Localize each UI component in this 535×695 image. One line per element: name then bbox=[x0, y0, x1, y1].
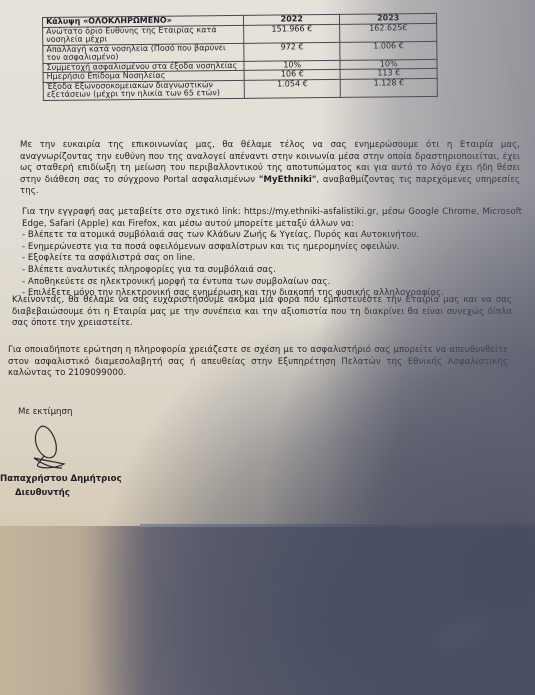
background-surface bbox=[0, 526, 535, 695]
list-item: - Βλέπετε αναλυτικές πληροφορίες για τα … bbox=[22, 265, 522, 277]
list-item: - Βλέπετε τα ατομικά συμβόλαιά σας των Κ… bbox=[22, 230, 522, 242]
paper-edge bbox=[140, 524, 535, 527]
signature-icon bbox=[28, 424, 73, 474]
table-row: Έξοδα Εξωνοσοκομειακών διαγνωστικών εξετ… bbox=[43, 78, 437, 100]
row-value-2022: 151.966 € bbox=[244, 24, 340, 43]
closing-salutation: Με εκτίμηση bbox=[18, 407, 72, 417]
coverage-table: Κάλυψη «ΟΛΟΚΛΗΡΩΜΕΝΟ» 2022 2023 Ανώτατο … bbox=[42, 13, 438, 101]
row-value-2022: 972 € bbox=[244, 42, 340, 61]
signer-title: Διευθυντής bbox=[15, 488, 70, 498]
paragraph-registration: Για την εγγραφή σας μεταβείτε στο σχετικ… bbox=[22, 207, 522, 300]
list-item: - Ενημερώνεστε για τα ποσά οφειλόμενων α… bbox=[22, 242, 522, 254]
list-item: - Αποθηκεύετε σε ηλεκτρονική μορφή τα έν… bbox=[22, 277, 522, 289]
paragraph-contact: Για οποιαδήποτε ερώτηση η πληροφορία χρε… bbox=[8, 345, 508, 380]
row-value-2023: 1.128 € bbox=[340, 78, 437, 97]
paragraph-myethniki-intro: Με την ευκαιρία της επικοινωνίας μας, θα… bbox=[20, 140, 520, 198]
registration-intro: Για την εγγραφή σας μεταβείτε στο σχετικ… bbox=[22, 207, 522, 230]
signer-name: Παπαχρήστου Δημήτριος bbox=[0, 474, 122, 484]
list-item: - Εξοφλείτε τα ασφάλιστρά σας on line. bbox=[22, 253, 522, 265]
row-value-2023: 1.006 € bbox=[340, 41, 437, 60]
row-value-2023: 162.625€ bbox=[340, 23, 437, 42]
row-label: Έξοδα Εξωνοσοκομειακών διαγνωστικών εξετ… bbox=[43, 80, 244, 100]
letter-page: Κάλυψη «ΟΛΟΚΛΗΡΩΜΕΝΟ» 2022 2023 Ανώτατο … bbox=[0, 0, 535, 530]
paragraph-closing: Κλείνοντας, θα θέλαμε να σας ευχαριστήσο… bbox=[12, 295, 512, 330]
brand-myethniki: "MyEthniki" bbox=[259, 175, 316, 185]
row-label: Ανώτατο όριο Ευθύνης της Εταιρίας κατά ν… bbox=[43, 25, 244, 45]
row-value-2022: 1.054 € bbox=[244, 79, 340, 98]
row-label: Απαλλαγή κατά νοσηλεία (Ποσό που βαρύνει… bbox=[43, 43, 244, 63]
